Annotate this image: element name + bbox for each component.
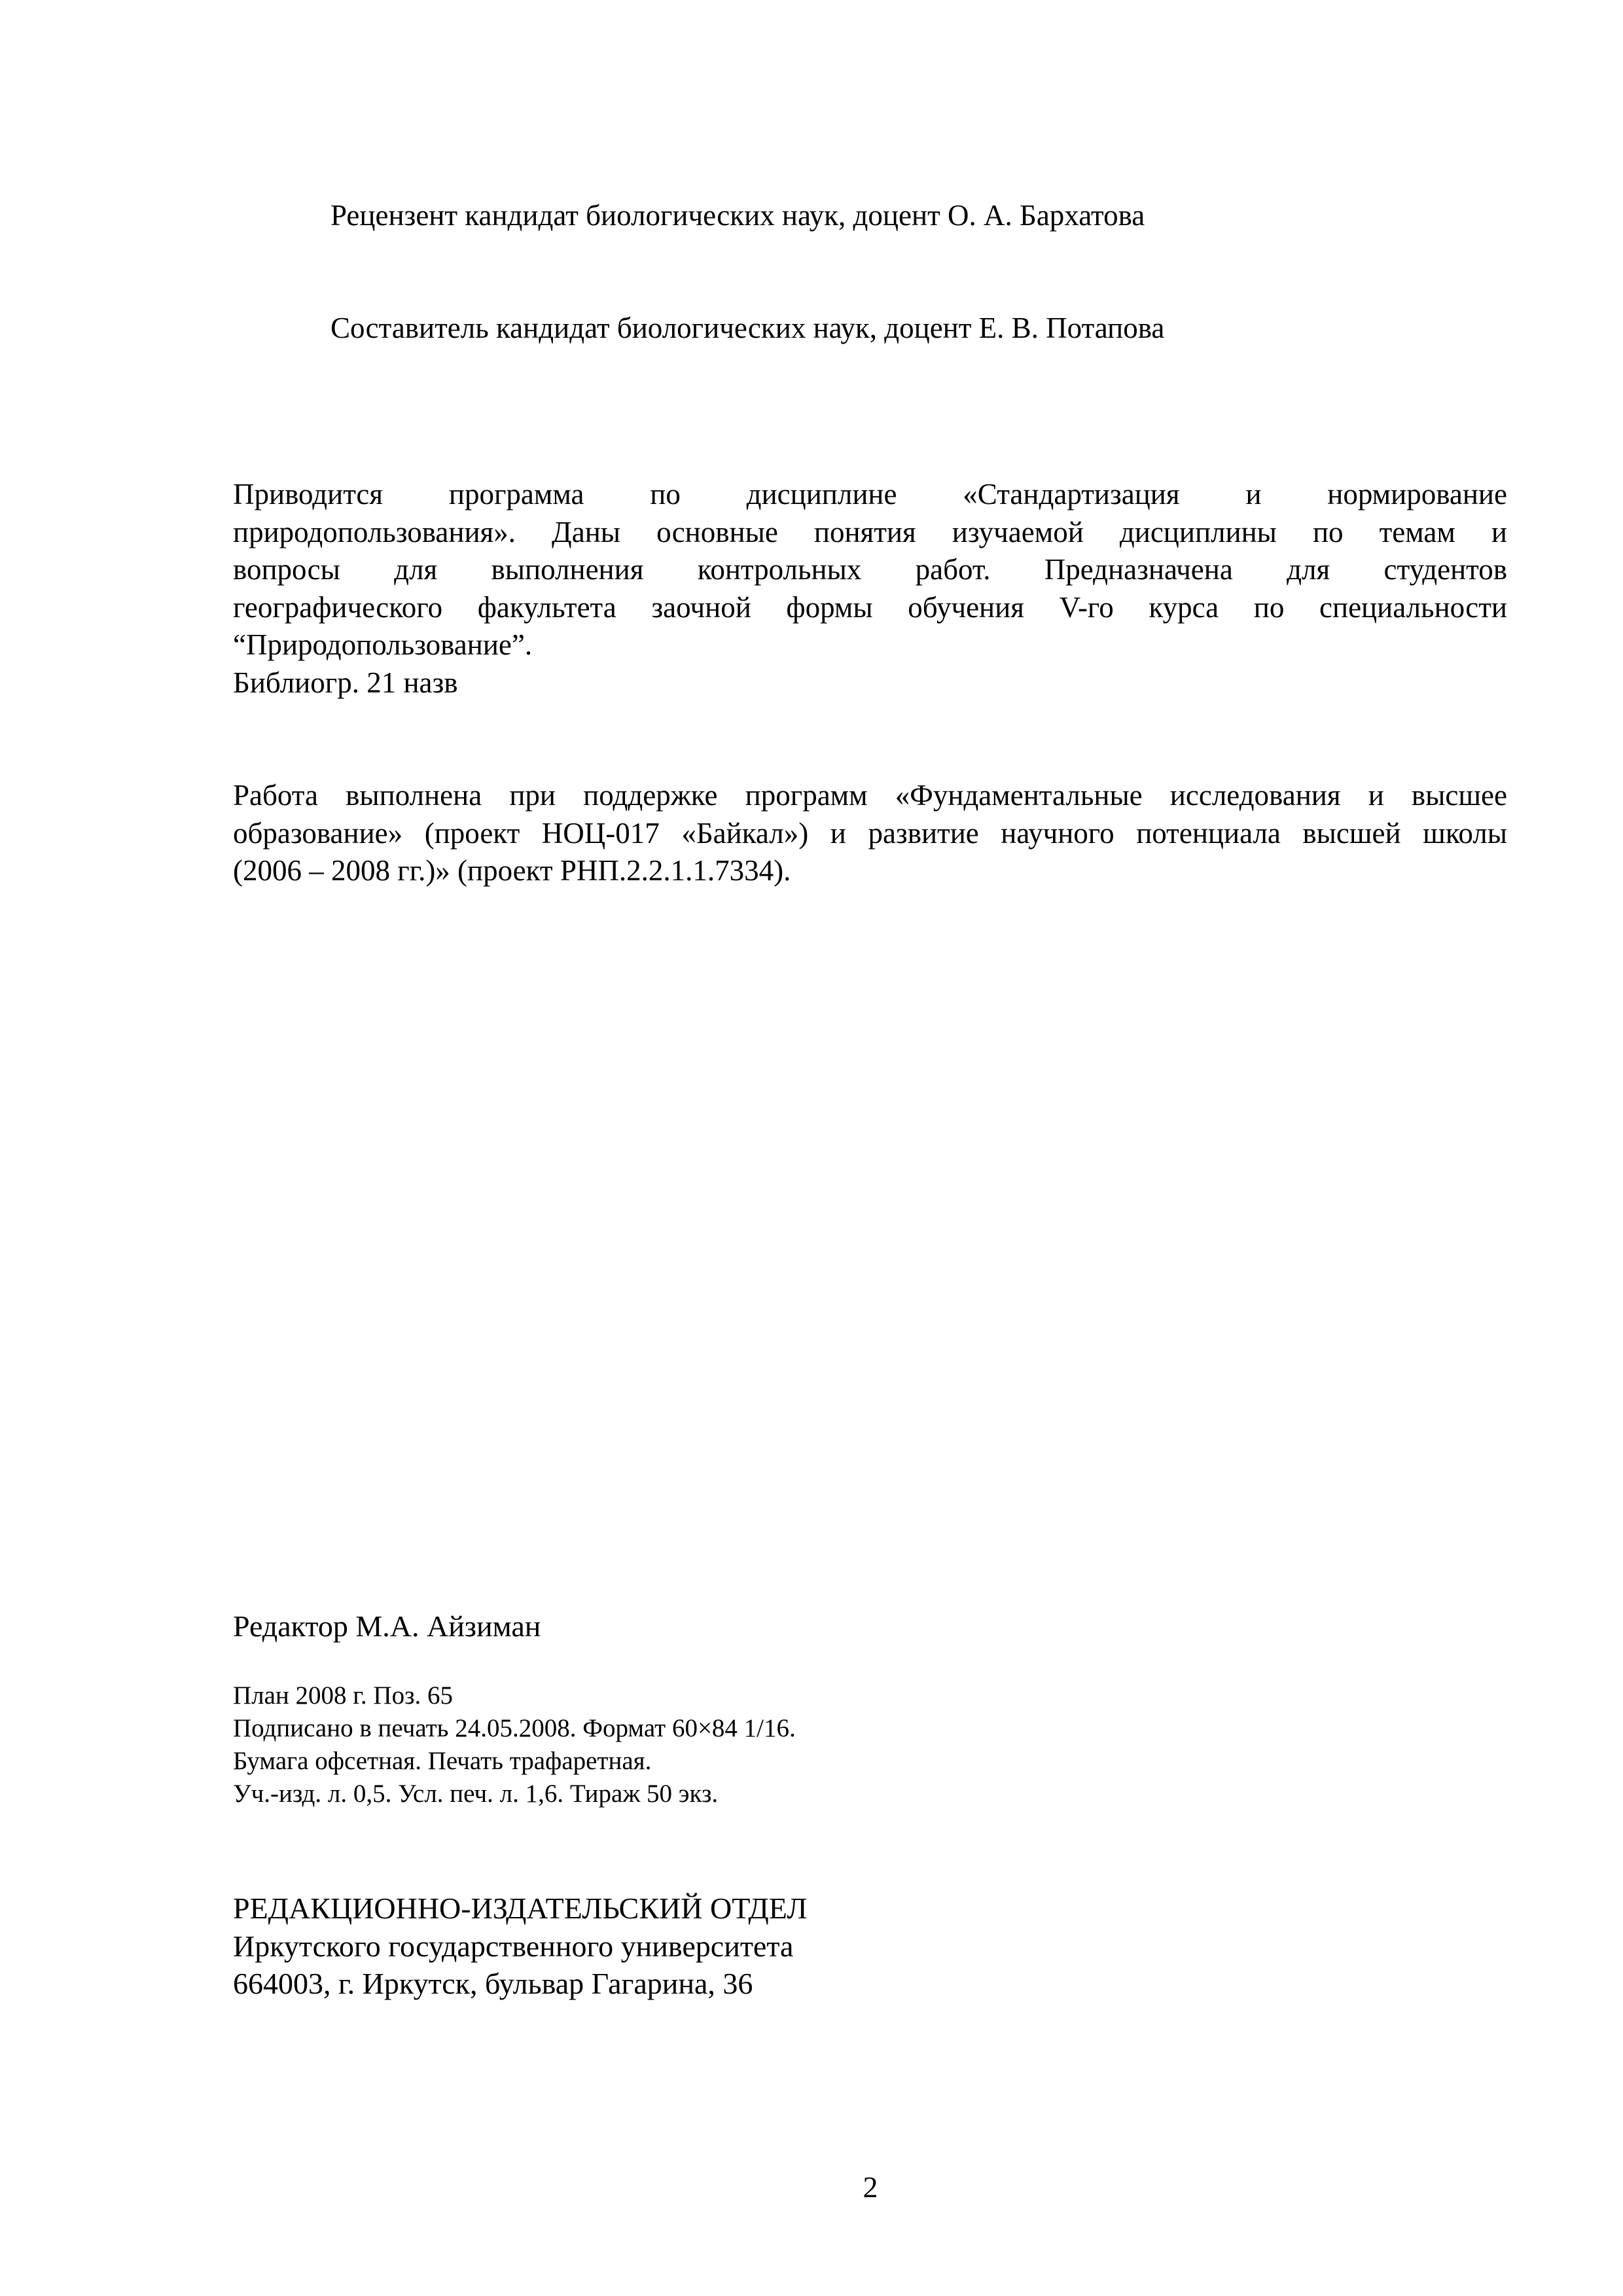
publisher-department: РЕДАКЦИОННО-ИЗДАТЕЛЬСКИЙ ОТДЕЛ [233,1890,807,1928]
compiler-credit: Составитель кандидат биологических наук,… [330,314,1164,343]
abstract-line: Приводится программа по дисциплине «Стан… [233,476,1507,514]
imprint-block: План 2008 г. Поз. 65 Подписано в печать … [233,1679,796,1810]
bibliography-count: Библиогр. 21 назв [233,664,1507,702]
imprint-volume: Уч.-изд. л. 0,5. Усл. печ. л. 1,6. Тираж… [233,1778,796,1810]
support-line: (2006 – 2008 гг.)» (проект РНП.2.2.1.1.7… [233,852,1507,890]
reviewer-credit: Рецензент кандидат биологических наук, д… [330,201,1145,230]
abstract-paragraph: Приводится программа по дисциплине «Стан… [233,476,1507,702]
abstract-line: “Природопользование”. [233,626,1507,664]
publisher-block: РЕДАКЦИОННО-ИЗДАТЕЛЬСКИЙ ОТДЕЛ Иркутског… [233,1890,807,2003]
page-number: 2 [0,2170,1623,2204]
abstract-line: географического факультета заочной формы… [233,589,1507,627]
imprint-paper: Бумага офсетная. Печать трафаретная. [233,1745,796,1778]
publisher-address: 664003, г. Иркутск, бульвар Гагарина, 36 [233,1965,807,2003]
support-paragraph: Работа выполнена при поддержке программ … [233,777,1507,890]
abstract-line: природопользования». Даны основные понят… [233,514,1507,552]
abstract-line: вопросы для выполнения контрольных работ… [233,551,1507,589]
publisher-university: Иркутского государственного университета [233,1928,807,1965]
support-line: образование» (проект НОЦ-017 «Байкал») и… [233,815,1507,853]
imprint-signed: Подписано в печать 24.05.2008. Формат 60… [233,1712,796,1745]
imprint-plan: План 2008 г. Поз. 65 [233,1679,796,1712]
support-line: Работа выполнена при поддержке программ … [233,777,1507,815]
editor-line: Редактор М.А. Айзиман [233,1611,541,1641]
